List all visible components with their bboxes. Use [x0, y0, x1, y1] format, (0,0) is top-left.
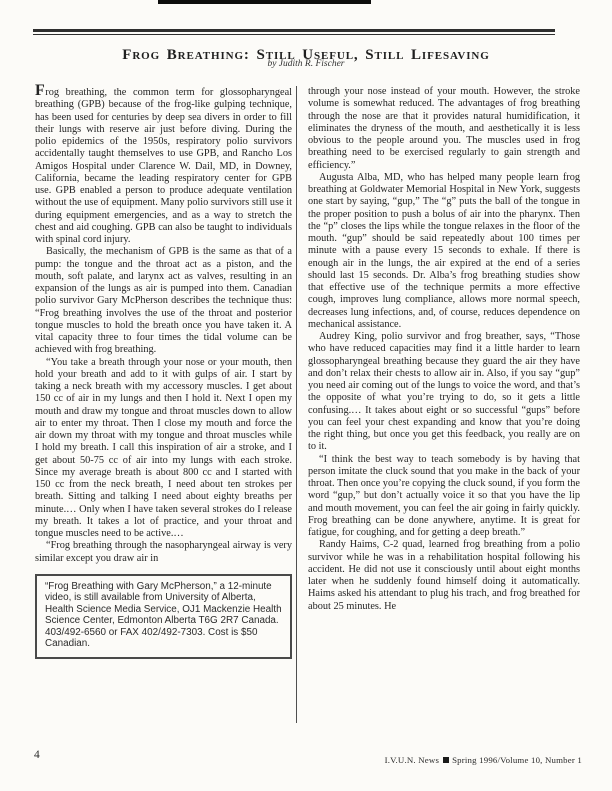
right-column-text: through your nose instead of your mouth.…	[308, 86, 580, 613]
paragraph: “I think the best way to teach somebody …	[308, 454, 580, 540]
paragraph: Basically, the mechanism of GPB is the s…	[35, 246, 292, 356]
paragraph: Augusta Alba, MD, who has helped many pe…	[308, 172, 580, 331]
video-info-box: “Frog Breathing with Gary McPherson,” a …	[35, 574, 292, 659]
paragraph: Audrey King, polio survivor and frog bre…	[308, 331, 580, 454]
right-column: through your nose instead of your mouth.…	[308, 86, 580, 723]
article-byline: by Judith R. Fischer	[0, 59, 612, 69]
page-number: 4	[34, 749, 40, 761]
scan-artifact-bar	[158, 0, 371, 4]
left-column: Frog breathing, the common term for glos…	[35, 86, 292, 723]
paragraph: through your nose instead of your mouth.…	[308, 86, 580, 172]
paragraph: “You take a breath through your nose or …	[35, 357, 292, 541]
initial-letter: F	[35, 82, 45, 99]
article-body: Frog breathing, the common term for glos…	[35, 86, 581, 723]
paragraph: Randy Haims, C-2 quad, learned frog brea…	[308, 539, 580, 613]
column-divider-rule	[296, 86, 297, 723]
paragraph: Frog breathing, the common term for glos…	[35, 86, 292, 246]
footer-newsletter-name: I.V.U.N. News	[385, 755, 439, 765]
footer-text: I.V.U.N. NewsSpring 1996/Volume 10, Numb…	[385, 755, 582, 765]
square-bullet-icon	[443, 757, 449, 763]
paragraph: “Frog breathing through the nasopharynge…	[35, 540, 292, 565]
header-double-rule	[33, 29, 555, 35]
newsletter-page: Frog Breathing: Still Useful, Still Life…	[0, 0, 612, 791]
video-info-text: “Frog Breathing with Gary McPherson,” a …	[45, 581, 282, 650]
left-column-text: Frog breathing, the common term for glos…	[35, 86, 292, 565]
footer-issue: Spring 1996/Volume 10, Number 1	[452, 755, 582, 765]
